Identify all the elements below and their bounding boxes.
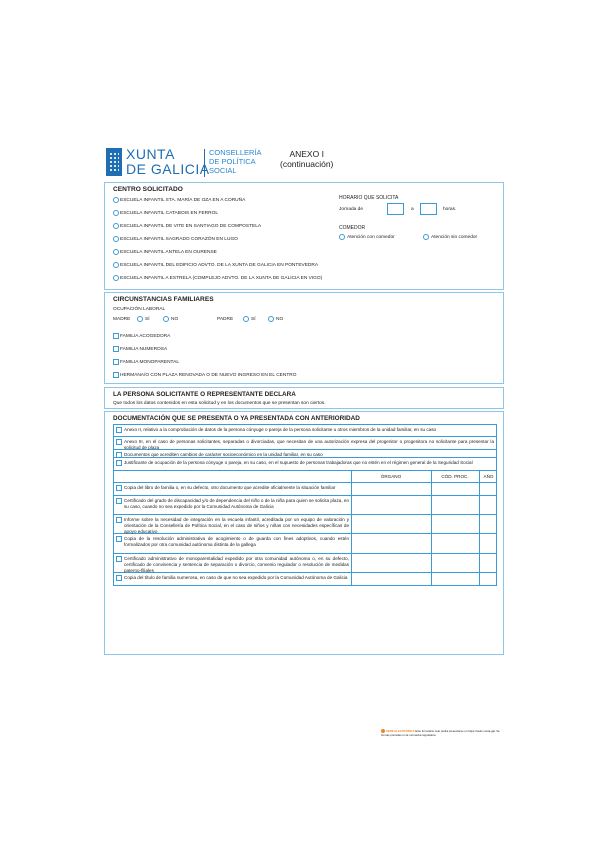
jornada-from-input[interactable] <box>387 203 404 215</box>
centro-radio[interactable] <box>113 249 119 255</box>
doc-item-text: Copia del libro de familia o, en su defe… <box>124 485 349 491</box>
familia-checkbox-label: FAMILIA ACOGEDORA <box>120 334 170 339</box>
familia-checkbox-label: FAMILIA NUMEROSA <box>120 347 167 352</box>
centro-option-label: ESCUELA INFANTIL ANTELA EN OURENSE <box>120 250 217 255</box>
logo-separator <box>204 149 205 177</box>
padre-no-label: NO <box>276 317 283 322</box>
doc-table-row: Copia del libro de familia o, en su defe… <box>113 483 497 496</box>
comedor-title: COMEDOR <box>339 225 365 231</box>
doc-checkbox[interactable] <box>116 485 122 491</box>
declara-section: LA PERSONA SOLICITANTE O REPRESENTANTE D… <box>104 387 504 409</box>
centro-radio[interactable] <box>113 223 119 229</box>
organo-cell[interactable] <box>352 496 431 514</box>
documentacion-section: DOCUMENTACIÓN QUE SE PRESENTA O YA PRESE… <box>104 411 504 655</box>
centro-radio[interactable] <box>113 275 119 281</box>
doc-table-row: Certificado administrativo de monoparent… <box>113 554 497 573</box>
doc-table-row: Certificado del grado de discapacidad y/… <box>113 496 497 515</box>
dept-line-2: DE POLÍTICA <box>209 157 262 166</box>
comedor-con-label: Atención con comedor <box>347 235 395 240</box>
comedor-sin-radio[interactable] <box>423 234 429 240</box>
familia-checkbox[interactable] <box>113 346 119 352</box>
doc-row: Anexo II, relativo a la comprobación de … <box>113 424 497 437</box>
doc-checkbox[interactable] <box>116 556 122 562</box>
dept-line-3: SOCIAL <box>209 166 262 175</box>
familia-checkbox[interactable] <box>113 372 119 378</box>
annex-subtitle: (continuación) <box>280 159 333 169</box>
centro-radio[interactable] <box>113 197 119 203</box>
declara-text: Que todos los datos contenidos en esta s… <box>113 401 326 406</box>
centro-radio[interactable] <box>113 210 119 216</box>
doc-item-text: Justificante de ocupación de la persona … <box>124 460 494 466</box>
centro-option-label: ESCUELA INFANTIL SAGRADO CORAZÓN EN LUGO <box>120 237 238 242</box>
circunstancias-familiares-section: CIRCUNSTANCIAS FAMILIARES OCUPACIÓN LABO… <box>104 292 504 384</box>
doc-row: Anexo III, en el caso de personas solici… <box>113 437 497 450</box>
doc-checkbox[interactable] <box>116 498 122 504</box>
centro-option-label: ESCUELA INFANTIL DE VITE EN SANTIAGO DE … <box>120 224 261 229</box>
cod-proc-cell[interactable] <box>432 483 479 495</box>
centro-solicitado-section: CENTRO SOLICITADO ESCUELA INFANTIL STA. … <box>104 182 504 290</box>
familia-checkbox-label: HERMANA/O CON PLAZA RENOVADA O DE NUEVO … <box>120 373 296 378</box>
doc-table-header: ÓRGANOCÓD. PROC.AÑO <box>113 471 497 483</box>
anio-cell[interactable] <box>480 554 498 572</box>
dept-line-1: CONSELLERÍA <box>209 148 262 157</box>
doc-checkbox[interactable] <box>116 517 122 523</box>
department-name: CONSELLERÍA DE POLÍTICA SOCIAL <box>209 148 262 175</box>
column-header: ÓRGANO <box>351 474 431 479</box>
doc-row: Documentos que acrediten cambios de cará… <box>113 450 497 458</box>
doc-checkbox[interactable] <box>116 439 122 445</box>
madre-no-label: NO <box>171 317 178 322</box>
padre-no-radio[interactable] <box>268 316 274 322</box>
centro-radio[interactable] <box>113 236 119 242</box>
madre-no-radio[interactable] <box>163 316 169 322</box>
padre-si-radio[interactable] <box>243 316 249 322</box>
doc-item-text: Informe sobre la necesidad de integració… <box>124 517 349 536</box>
anio-cell[interactable] <box>480 534 498 553</box>
organo-cell[interactable] <box>352 515 431 533</box>
centro-radio[interactable] <box>113 262 119 268</box>
jornada-to-input[interactable] <box>420 203 437 215</box>
centro-option-label: ESCUELA INFANTIL A ESTRELA (COMPLEJO ADV… <box>120 276 322 281</box>
section-title: CENTRO SOLICITADO <box>113 186 183 193</box>
page-header: XUNTA DE GALICIA CONSELLERÍA DE POLÍTICA… <box>104 146 404 180</box>
doc-table-row: Informe sobre la necesidad de integració… <box>113 515 497 534</box>
horas-label: horas. <box>443 207 456 212</box>
ocupacion-label: OCUPACIÓN LABORAL <box>113 307 165 312</box>
familia-checkbox[interactable] <box>113 333 119 339</box>
familia-checkbox[interactable] <box>113 359 119 365</box>
madre-label: MADRE <box>113 317 130 322</box>
doc-item-text: Certificado administrativo de monoparent… <box>124 556 349 575</box>
padre-si-label: SÍ <box>251 317 256 322</box>
organo-cell[interactable] <box>352 573 431 585</box>
xunta-shield-icon <box>106 148 122 176</box>
doc-item-text: Copia de la resolución administrativa de… <box>124 536 349 548</box>
horario-title: HORARIO QUE SOLICITA <box>339 195 398 201</box>
annex-title: ANEXO I (continuación) <box>280 149 333 169</box>
xunta-logo: XUNTA DE GALICIA <box>126 147 210 177</box>
organo-cell[interactable] <box>352 483 431 495</box>
annex-label: ANEXO I <box>280 149 333 159</box>
madre-si-radio[interactable] <box>137 316 143 322</box>
doc-checkbox[interactable] <box>116 575 122 581</box>
doc-item-text: Certificado del grado de discapacidad y/… <box>124 498 349 510</box>
footer-note: SEDE ELECTRÓNICA Este formulario solo po… <box>381 729 506 737</box>
doc-item-text: Anexo II, relativo a la comprobación de … <box>124 427 494 433</box>
comedor-sin-label: Atención sin comedor <box>431 235 477 240</box>
cod-proc-cell[interactable] <box>432 515 479 533</box>
centro-option-label: ESCUELA INFANTIL DEL EDIFICIO ADVTO. DE … <box>120 263 318 268</box>
column-header: CÓD. PROC. <box>431 474 479 479</box>
cod-proc-cell[interactable] <box>432 554 479 572</box>
cod-proc-cell[interactable] <box>432 496 479 514</box>
doc-table-row: Copia del título de familia numerosa, en… <box>113 573 497 586</box>
anio-cell[interactable] <box>480 483 498 495</box>
a-label: a <box>411 207 414 212</box>
section-title: DOCUMENTACIÓN QUE SE PRESENTA O YA PRESE… <box>113 415 360 422</box>
padre-label: PADRE <box>217 317 233 322</box>
centro-option-label: ESCUELA INFANTIL STA. MARÍA DE OZA EN A … <box>120 198 245 203</box>
anio-cell[interactable] <box>480 573 498 585</box>
logo-line-1: XUNTA <box>126 147 210 162</box>
familia-checkbox-label: FAMILIA MONOPARENTAL <box>120 360 179 365</box>
jornada-label: Jornada de <box>339 207 363 212</box>
logo-line-2: DE GALICIA <box>126 162 210 177</box>
doc-checkbox[interactable] <box>116 460 122 466</box>
section-title: LA PERSONA SOLICITANTE O REPRESENTANTE D… <box>113 391 296 398</box>
comedor-con-radio[interactable] <box>339 234 345 240</box>
anio-cell[interactable] <box>480 496 498 514</box>
doc-row: Justificante de ocupación de la persona … <box>113 458 497 471</box>
doc-table-row: Copia de la resolución administrativa de… <box>113 534 497 554</box>
doc-item-text: Copia del título de familia numerosa, en… <box>124 575 349 581</box>
organo-cell[interactable] <box>352 534 431 553</box>
column-header: AÑO <box>479 474 498 479</box>
madre-si-label: SÍ <box>145 317 150 322</box>
doc-checkbox[interactable] <box>116 427 122 433</box>
section-title: CIRCUNSTANCIAS FAMILIARES <box>113 296 214 303</box>
centro-option-label: ESCUELA INFANTIL CATABOIS EN FERROL <box>120 211 218 216</box>
doc-checkbox[interactable] <box>116 536 122 542</box>
organo-cell[interactable] <box>352 554 431 572</box>
anio-cell[interactable] <box>480 515 498 533</box>
cod-proc-cell[interactable] <box>432 534 479 553</box>
cod-proc-cell[interactable] <box>432 573 479 585</box>
